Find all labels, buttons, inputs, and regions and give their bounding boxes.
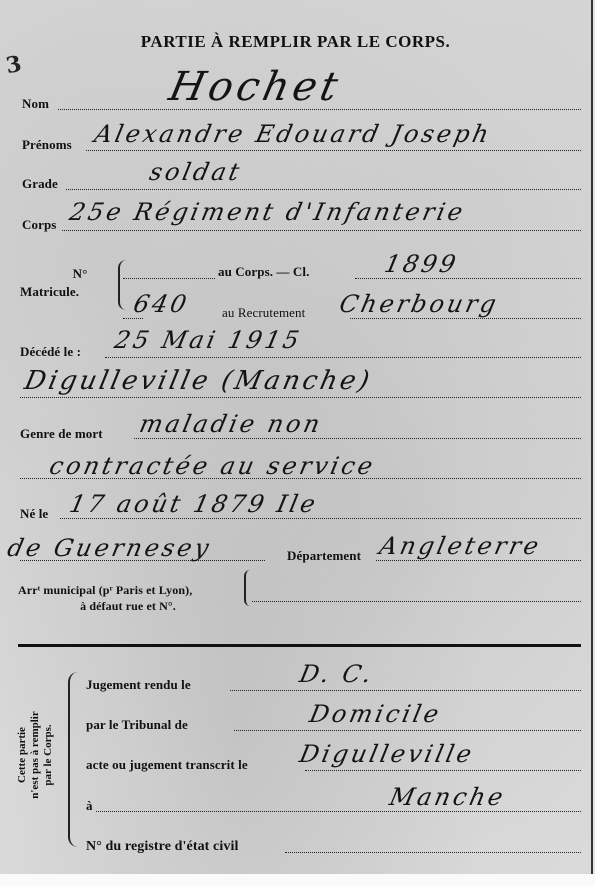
- au-corps-line: [123, 278, 215, 279]
- side-note-line-3: par le Corps.: [42, 680, 55, 830]
- tribunal-value: Domicile: [307, 700, 444, 728]
- registre-label: N° du registre d'état civil: [86, 839, 238, 855]
- arrondissement-line: [252, 601, 581, 602]
- nom-value: Hochet: [165, 64, 346, 110]
- decede-place-line: [20, 397, 581, 398]
- side-note: Cette partie n'est pas à remplir par le …: [16, 680, 55, 830]
- ne-le-label: Né le: [20, 506, 48, 522]
- prenoms-value: Alexandre Edouard Joseph: [92, 120, 494, 148]
- prenoms-line: [86, 150, 581, 151]
- matricule-label: Matricule.: [20, 284, 79, 300]
- document-title: PARTIE À REMPLIR PAR LE CORPS.: [0, 32, 591, 52]
- decede-value: 25 Mai 1915: [112, 326, 304, 354]
- departement-line: [376, 560, 581, 561]
- jugement-line: [230, 690, 581, 691]
- a-line: [96, 811, 581, 812]
- a-label: à: [86, 798, 93, 814]
- recrutement-line: [350, 318, 581, 319]
- genre-de-mort-value-2: contractée au service: [47, 452, 378, 480]
- classe-value: 1899: [382, 250, 461, 278]
- matricule-brace: [118, 260, 128, 310]
- decede-label: Décédé le :: [20, 344, 81, 360]
- grade-line: [66, 189, 581, 190]
- departement-value: Angleterre: [377, 532, 544, 560]
- recrutement-value: Cherbourg: [337, 290, 502, 318]
- au-corps-label: au Corps. — Cl.: [218, 264, 309, 280]
- nom-label: Nom: [22, 96, 49, 112]
- recrutement-number: 640: [131, 290, 192, 318]
- jugement-label: Jugement rendu le: [86, 677, 191, 693]
- decede-place: Digulleville (Manche): [22, 366, 375, 396]
- genre-de-mort-value-1: maladie non: [137, 410, 325, 438]
- transcrit-line: [305, 770, 581, 771]
- side-note-line-2: n'est pas à remplir: [29, 680, 42, 830]
- matricule-label-n: N°: [40, 266, 120, 282]
- scan-border: [0, 874, 595, 886]
- grade-label: Grade: [22, 176, 58, 192]
- jugement-value: D. C.: [297, 660, 377, 688]
- prenoms-label: Prénoms: [22, 137, 72, 153]
- transcrit-label: acte ou jugement transcrit le: [86, 757, 248, 773]
- ne-le-value-1: 17 août 1879 Ile: [67, 490, 321, 518]
- genre-de-mort-label: Genre de mort: [20, 426, 103, 442]
- grade-value: soldat: [147, 158, 245, 186]
- genre-de-mort-line: [134, 438, 581, 439]
- lower-section-brace: [68, 672, 82, 847]
- decede-line: [105, 357, 581, 358]
- arrondissement-brace: [244, 570, 252, 606]
- side-note-line-1: Cette partie: [16, 680, 29, 830]
- transcrit-value: Digulleville: [297, 740, 477, 768]
- corps-line: [62, 230, 581, 231]
- a-value: Manche: [387, 783, 508, 811]
- registre-line: [285, 852, 581, 853]
- corps-value: 25e Régiment d'Infanterie: [67, 198, 468, 226]
- section-divider: [18, 644, 581, 647]
- arrondissement-label-2: à défaut rue et N°.: [18, 599, 238, 614]
- corps-label: Corps: [22, 217, 56, 233]
- arrondissement-label-1: Arrᵗ municipal (pʳ Paris et Lyon),: [18, 583, 192, 598]
- ne-le-line: [60, 518, 581, 519]
- tribunal-line: [234, 730, 581, 731]
- tribunal-label: par le Tribunal de: [86, 717, 188, 733]
- ne-le-value-2: de Guernesey: [5, 534, 214, 562]
- classe-line: [355, 278, 581, 279]
- recrutement-label: au Recrutement: [222, 305, 305, 321]
- recrutement-number-line: [123, 318, 143, 319]
- departement-label: Département: [287, 548, 361, 564]
